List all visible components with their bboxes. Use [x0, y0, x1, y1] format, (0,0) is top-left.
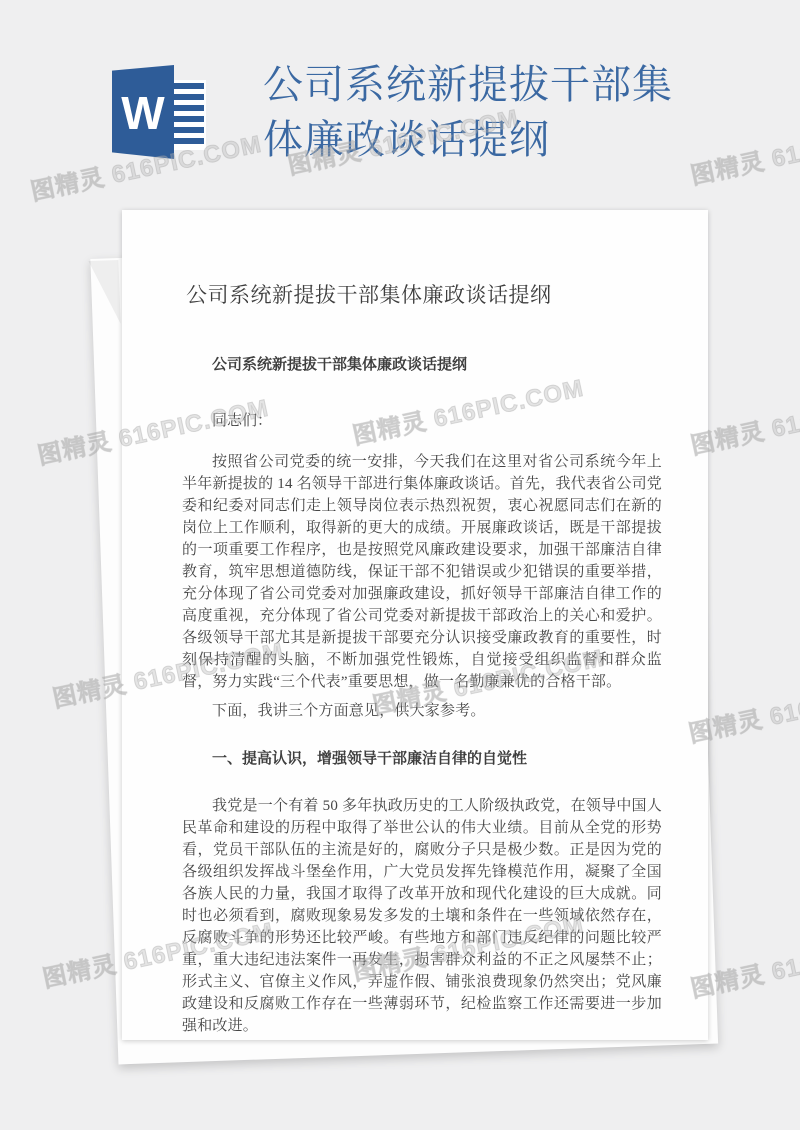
document-title: 公司系统新提拔干部集体廉政谈话提纲 [186, 282, 662, 308]
word-letter: W [121, 90, 164, 136]
document-paragraph: 我党是一个有着 50 多年执政历史的工人阶级执政党，在领导中国人民革命和建设的历… [182, 795, 662, 1037]
document-section-heading: 一、提高认识，增强领导干部廉洁自律的自觉性 [182, 748, 662, 770]
word-document-sheet [170, 80, 206, 150]
header: W 公司系统新提拔干部集 体廉政谈话提纲 [0, 0, 800, 200]
word-document-lines [173, 83, 204, 147]
document-preview-page: 公司系统新提拔干部集体廉政谈话提纲 公司系统新提拔干部集体廉政谈话提纲 同志们：… [122, 210, 708, 1040]
document-paragraph: 按照省公司党委的统一安排，今天我们在这里对省公司系统今年上半年新提拔的 14 名… [182, 451, 662, 693]
document-paragraph: 下面，我讲三个方面意见，供大家参考。 [182, 700, 662, 722]
word-file-icon: W [110, 60, 210, 168]
page-curl [88, 260, 120, 325]
document-subtitle: 公司系统新提拔干部集体廉政谈话提纲 [182, 354, 662, 376]
word-w-panel: W [112, 65, 174, 159]
page-title-line1: 公司系统新提拔干部集 [263, 58, 733, 113]
page-title: 公司系统新提拔干部集 体廉政谈话提纲 [263, 58, 733, 168]
page-title-line2: 体廉政谈话提纲 [263, 113, 733, 168]
document-salutation: 同志们： [182, 410, 662, 432]
